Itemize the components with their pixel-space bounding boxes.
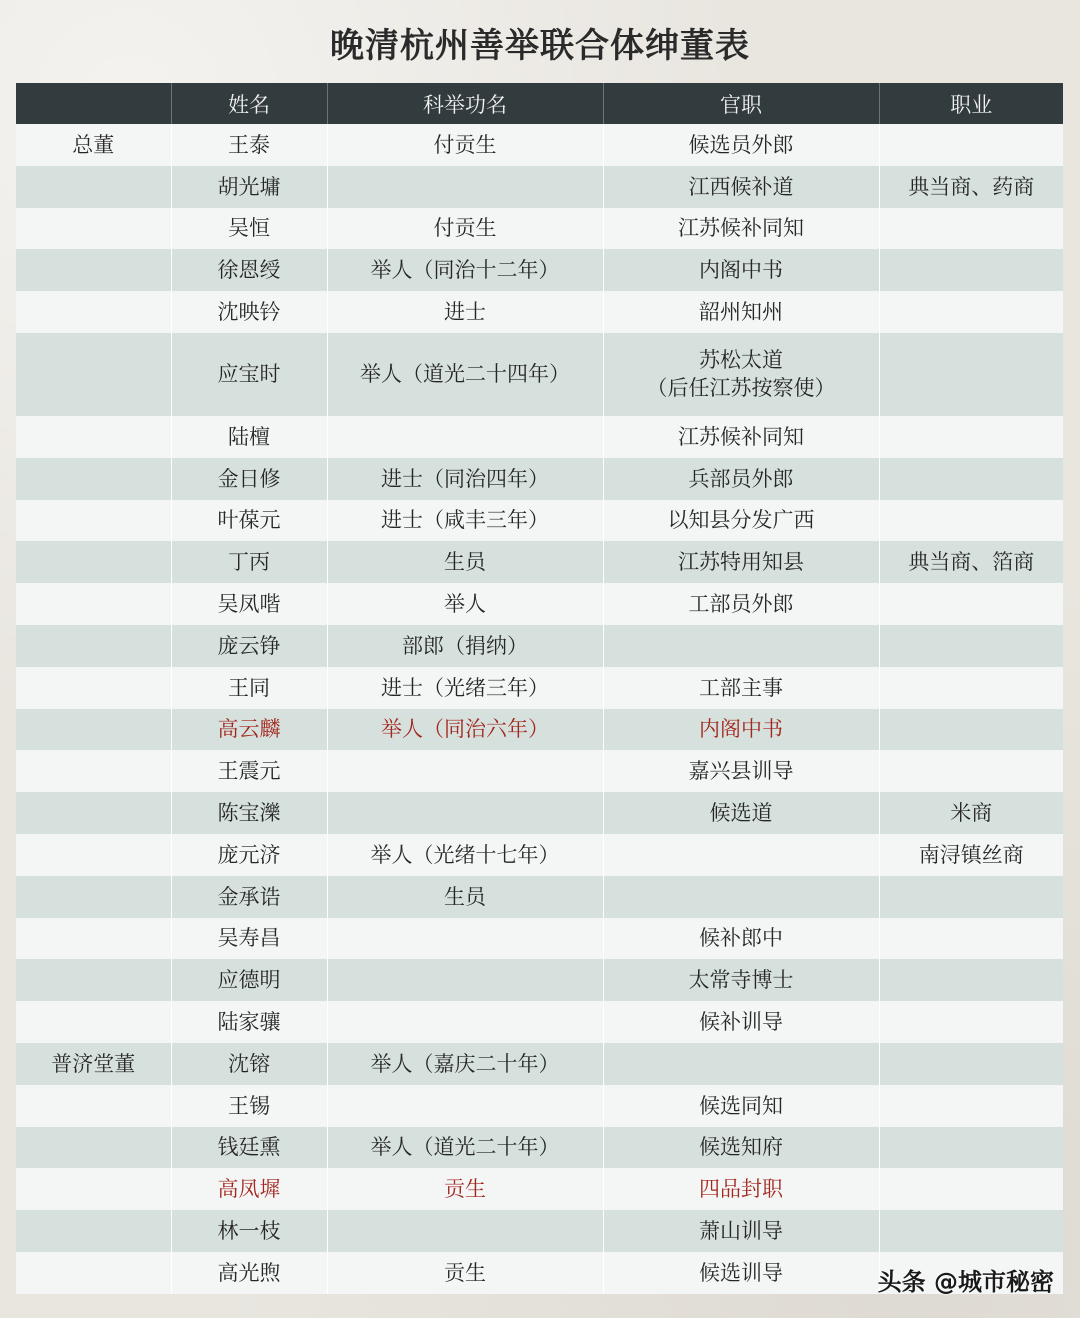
name-cell: 沈映钤: [171, 291, 327, 333]
table-row: 徐恩绶举人（同治十二年）内阁中书: [16, 249, 1063, 291]
name-cell: 庞元济: [171, 834, 327, 876]
job-cell: [879, 1127, 1063, 1169]
name-cell: 王同: [171, 667, 327, 709]
exam-cell: 付贡生: [327, 124, 603, 166]
name-cell: 吴恒: [171, 208, 327, 250]
job-cell: [879, 750, 1063, 792]
name-cell: 丁丙: [171, 541, 327, 583]
name-cell: 叶葆元: [171, 500, 327, 542]
group-cell: [16, 625, 171, 667]
job-cell: [879, 208, 1063, 250]
office-cell: 韶州知州: [603, 291, 879, 333]
office-cell: 江苏特用知县: [603, 541, 879, 583]
office-cell: 候选同知: [603, 1085, 879, 1127]
name-cell: 庞云铮: [171, 625, 327, 667]
name-cell: 陆家骧: [171, 1001, 327, 1043]
name-cell: 吴凤喈: [171, 583, 327, 625]
group-cell: [16, 876, 171, 918]
name-cell: 钱廷熏: [171, 1127, 327, 1169]
exam-cell: 生员: [327, 541, 603, 583]
name-cell: 高云麟: [171, 709, 327, 751]
table-row: 王锡候选同知: [16, 1085, 1063, 1127]
table-row: 吴恒付贡生江苏候补同知: [16, 208, 1063, 250]
group-cell: [16, 249, 171, 291]
table-row: 陈宝濼候选道米商: [16, 792, 1063, 834]
exam-cell: 进士（咸丰三年）: [327, 500, 603, 542]
table-row: 丁丙生员江苏特用知县典当商、箔商: [16, 541, 1063, 583]
job-cell: [879, 333, 1063, 416]
office-cell: 工部员外郎: [603, 583, 879, 625]
job-cell: [879, 1210, 1063, 1252]
exam-cell: 进士（同治四年）: [327, 458, 603, 500]
office-cell: 内阁中书: [603, 249, 879, 291]
table-row: 金日修进士（同治四年）兵部员外郎: [16, 458, 1063, 500]
table-row: 金承诰生员: [16, 876, 1063, 918]
job-cell: [879, 416, 1063, 458]
table-row: 总董王泰付贡生候选员外郎: [16, 124, 1063, 166]
office-cell: 苏松太道（后任江苏按察使）: [603, 333, 879, 416]
exam-cell: 部郎（捐纳）: [327, 625, 603, 667]
name-cell: 高光煦: [171, 1252, 327, 1294]
group-cell: [16, 1085, 171, 1127]
office-cell: 嘉兴县训导: [603, 750, 879, 792]
office-cell: 以知县分发广西: [603, 500, 879, 542]
header-office: 官职: [603, 83, 879, 124]
job-cell: 典当商、箔商: [879, 541, 1063, 583]
office-cell: 工部主事: [603, 667, 879, 709]
name-cell: 沈镕: [171, 1043, 327, 1085]
exam-cell: [327, 959, 603, 1001]
office-cell: 兵部员外郎: [603, 458, 879, 500]
group-cell: [16, 667, 171, 709]
group-cell: [16, 416, 171, 458]
name-cell: 林一枝: [171, 1210, 327, 1252]
group-cell: [16, 1210, 171, 1252]
exam-cell: [327, 1210, 603, 1252]
group-cell: [16, 583, 171, 625]
group-cell: [16, 291, 171, 333]
office-cell: 江苏候补同知: [603, 416, 879, 458]
exam-cell: 付贡生: [327, 208, 603, 250]
exam-cell: 举人（嘉庆二十年）: [327, 1043, 603, 1085]
office-cell: 江苏候补同知: [603, 208, 879, 250]
table-row: 王震元嘉兴县训导: [16, 750, 1063, 792]
table-row: 庞云铮部郎（捐纳）: [16, 625, 1063, 667]
group-cell: [16, 500, 171, 542]
exam-cell: [327, 166, 603, 208]
group-cell: 总董: [16, 124, 171, 166]
name-cell: 高凤墀: [171, 1168, 327, 1210]
exam-cell: [327, 792, 603, 834]
exam-cell: [327, 1001, 603, 1043]
group-cell: [16, 458, 171, 500]
header-name: 姓名: [171, 83, 327, 124]
job-cell: [879, 1043, 1063, 1085]
group-cell: 普济堂董: [16, 1043, 171, 1085]
job-cell: 南浔镇丝商: [879, 834, 1063, 876]
table-header-row: 姓名 科举功名 官职 职业: [16, 83, 1063, 124]
job-cell: [879, 500, 1063, 542]
table-row: 王同进士（光绪三年）工部主事: [16, 667, 1063, 709]
office-cell: 候选知府: [603, 1127, 879, 1169]
job-cell: 典当商、药商: [879, 166, 1063, 208]
group-cell: [16, 918, 171, 960]
job-cell: [879, 124, 1063, 166]
table-row: 吴凤喈举人工部员外郎: [16, 583, 1063, 625]
job-cell: [879, 1168, 1063, 1210]
group-cell: [16, 1127, 171, 1169]
name-cell: 王震元: [171, 750, 327, 792]
group-cell: [16, 1252, 171, 1294]
page-title: 晚清杭州善举联合体绅董表: [0, 20, 1080, 72]
office-cell: [603, 625, 879, 667]
office-cell: [603, 1043, 879, 1085]
office-cell: 候补郎中: [603, 918, 879, 960]
group-cell: [16, 541, 171, 583]
table-row: 钱廷熏举人（道光二十年）候选知府: [16, 1127, 1063, 1169]
office-cell: 江西候补道: [603, 166, 879, 208]
gentry-table: 姓名 科举功名 官职 职业 总董王泰付贡生候选员外郎胡光墉江西候补道典当商、药商…: [16, 83, 1063, 1294]
exam-cell: 生员: [327, 876, 603, 918]
exam-cell: 举人（道光二十年）: [327, 1127, 603, 1169]
office-cell: 候补训导: [603, 1001, 879, 1043]
header-job: 职业: [879, 83, 1063, 124]
group-cell: [16, 750, 171, 792]
job-cell: [879, 291, 1063, 333]
job-cell: [879, 249, 1063, 291]
name-cell: 金日修: [171, 458, 327, 500]
job-cell: [879, 1085, 1063, 1127]
office-cell: 内阁中书: [603, 709, 879, 751]
office-cell: [603, 834, 879, 876]
exam-cell: [327, 918, 603, 960]
table-row: 吴寿昌候补郎中: [16, 918, 1063, 960]
table-row: 庞元济举人（光绪十七年）南浔镇丝商: [16, 834, 1063, 876]
exam-cell: 进士（光绪三年）: [327, 667, 603, 709]
group-cell: [16, 333, 171, 416]
group-cell: [16, 166, 171, 208]
table-row: 高凤墀贡生四品封职: [16, 1168, 1063, 1210]
name-cell: 王锡: [171, 1085, 327, 1127]
exam-cell: 举人（同治六年）: [327, 709, 603, 751]
exam-cell: 贡生: [327, 1252, 603, 1294]
name-cell: 王泰: [171, 124, 327, 166]
watermark: 头条 @城市秘密: [878, 1262, 1054, 1297]
group-cell: [16, 709, 171, 751]
job-cell: [879, 1001, 1063, 1043]
group-cell: [16, 959, 171, 1001]
exam-cell: [327, 1085, 603, 1127]
table-row: 林一枝萧山训导: [16, 1210, 1063, 1252]
job-cell: [879, 667, 1063, 709]
job-cell: [879, 959, 1063, 1001]
table-row: 沈映钤进士韶州知州: [16, 291, 1063, 333]
job-cell: 米商: [879, 792, 1063, 834]
name-cell: 金承诰: [171, 876, 327, 918]
exam-cell: 贡生: [327, 1168, 603, 1210]
job-cell: [879, 918, 1063, 960]
office-cell: 太常寺博士: [603, 959, 879, 1001]
job-cell: [879, 458, 1063, 500]
name-cell: 应德明: [171, 959, 327, 1001]
group-cell: [16, 834, 171, 876]
office-cell: 候选训导: [603, 1252, 879, 1294]
table-row: 陆檀江苏候补同知: [16, 416, 1063, 458]
exam-cell: 举人: [327, 583, 603, 625]
header-group: [16, 83, 171, 124]
exam-cell: 举人（同治十二年）: [327, 249, 603, 291]
exam-cell: 进士: [327, 291, 603, 333]
office-line-2: （后任江苏按察使）: [604, 374, 879, 402]
name-cell: 陈宝濼: [171, 792, 327, 834]
exam-cell: 举人（道光二十四年）: [327, 333, 603, 416]
office-cell: 萧山训导: [603, 1210, 879, 1252]
job-cell: [879, 625, 1063, 667]
table-row: 陆家骧候补训导: [16, 1001, 1063, 1043]
name-cell: 应宝时: [171, 333, 327, 416]
job-cell: [879, 876, 1063, 918]
exam-cell: 举人（光绪十七年）: [327, 834, 603, 876]
office-cell: 四品封职: [603, 1168, 879, 1210]
table-row: 应德明太常寺博士: [16, 959, 1063, 1001]
job-cell: [879, 583, 1063, 625]
office-line: 苏松太道: [604, 346, 879, 374]
name-cell: 胡光墉: [171, 166, 327, 208]
header-exam: 科举功名: [327, 83, 603, 124]
table-row: 普济堂董沈镕举人（嘉庆二十年）: [16, 1043, 1063, 1085]
exam-cell: [327, 416, 603, 458]
job-cell: [879, 709, 1063, 751]
exam-cell: [327, 750, 603, 792]
group-cell: [16, 1168, 171, 1210]
group-cell: [16, 208, 171, 250]
name-cell: 陆檀: [171, 416, 327, 458]
office-cell: [603, 876, 879, 918]
table-row: 胡光墉江西候补道典当商、药商: [16, 166, 1063, 208]
group-cell: [16, 792, 171, 834]
table-row: 高云麟举人（同治六年）内阁中书: [16, 709, 1063, 751]
group-cell: [16, 1001, 171, 1043]
name-cell: 徐恩绶: [171, 249, 327, 291]
office-cell: 候选员外郎: [603, 124, 879, 166]
name-cell: 吴寿昌: [171, 918, 327, 960]
office-cell: 候选道: [603, 792, 879, 834]
table-row: 应宝时举人（道光二十四年）苏松太道（后任江苏按察使）: [16, 333, 1063, 416]
table-row: 叶葆元进士（咸丰三年）以知县分发广西: [16, 500, 1063, 542]
